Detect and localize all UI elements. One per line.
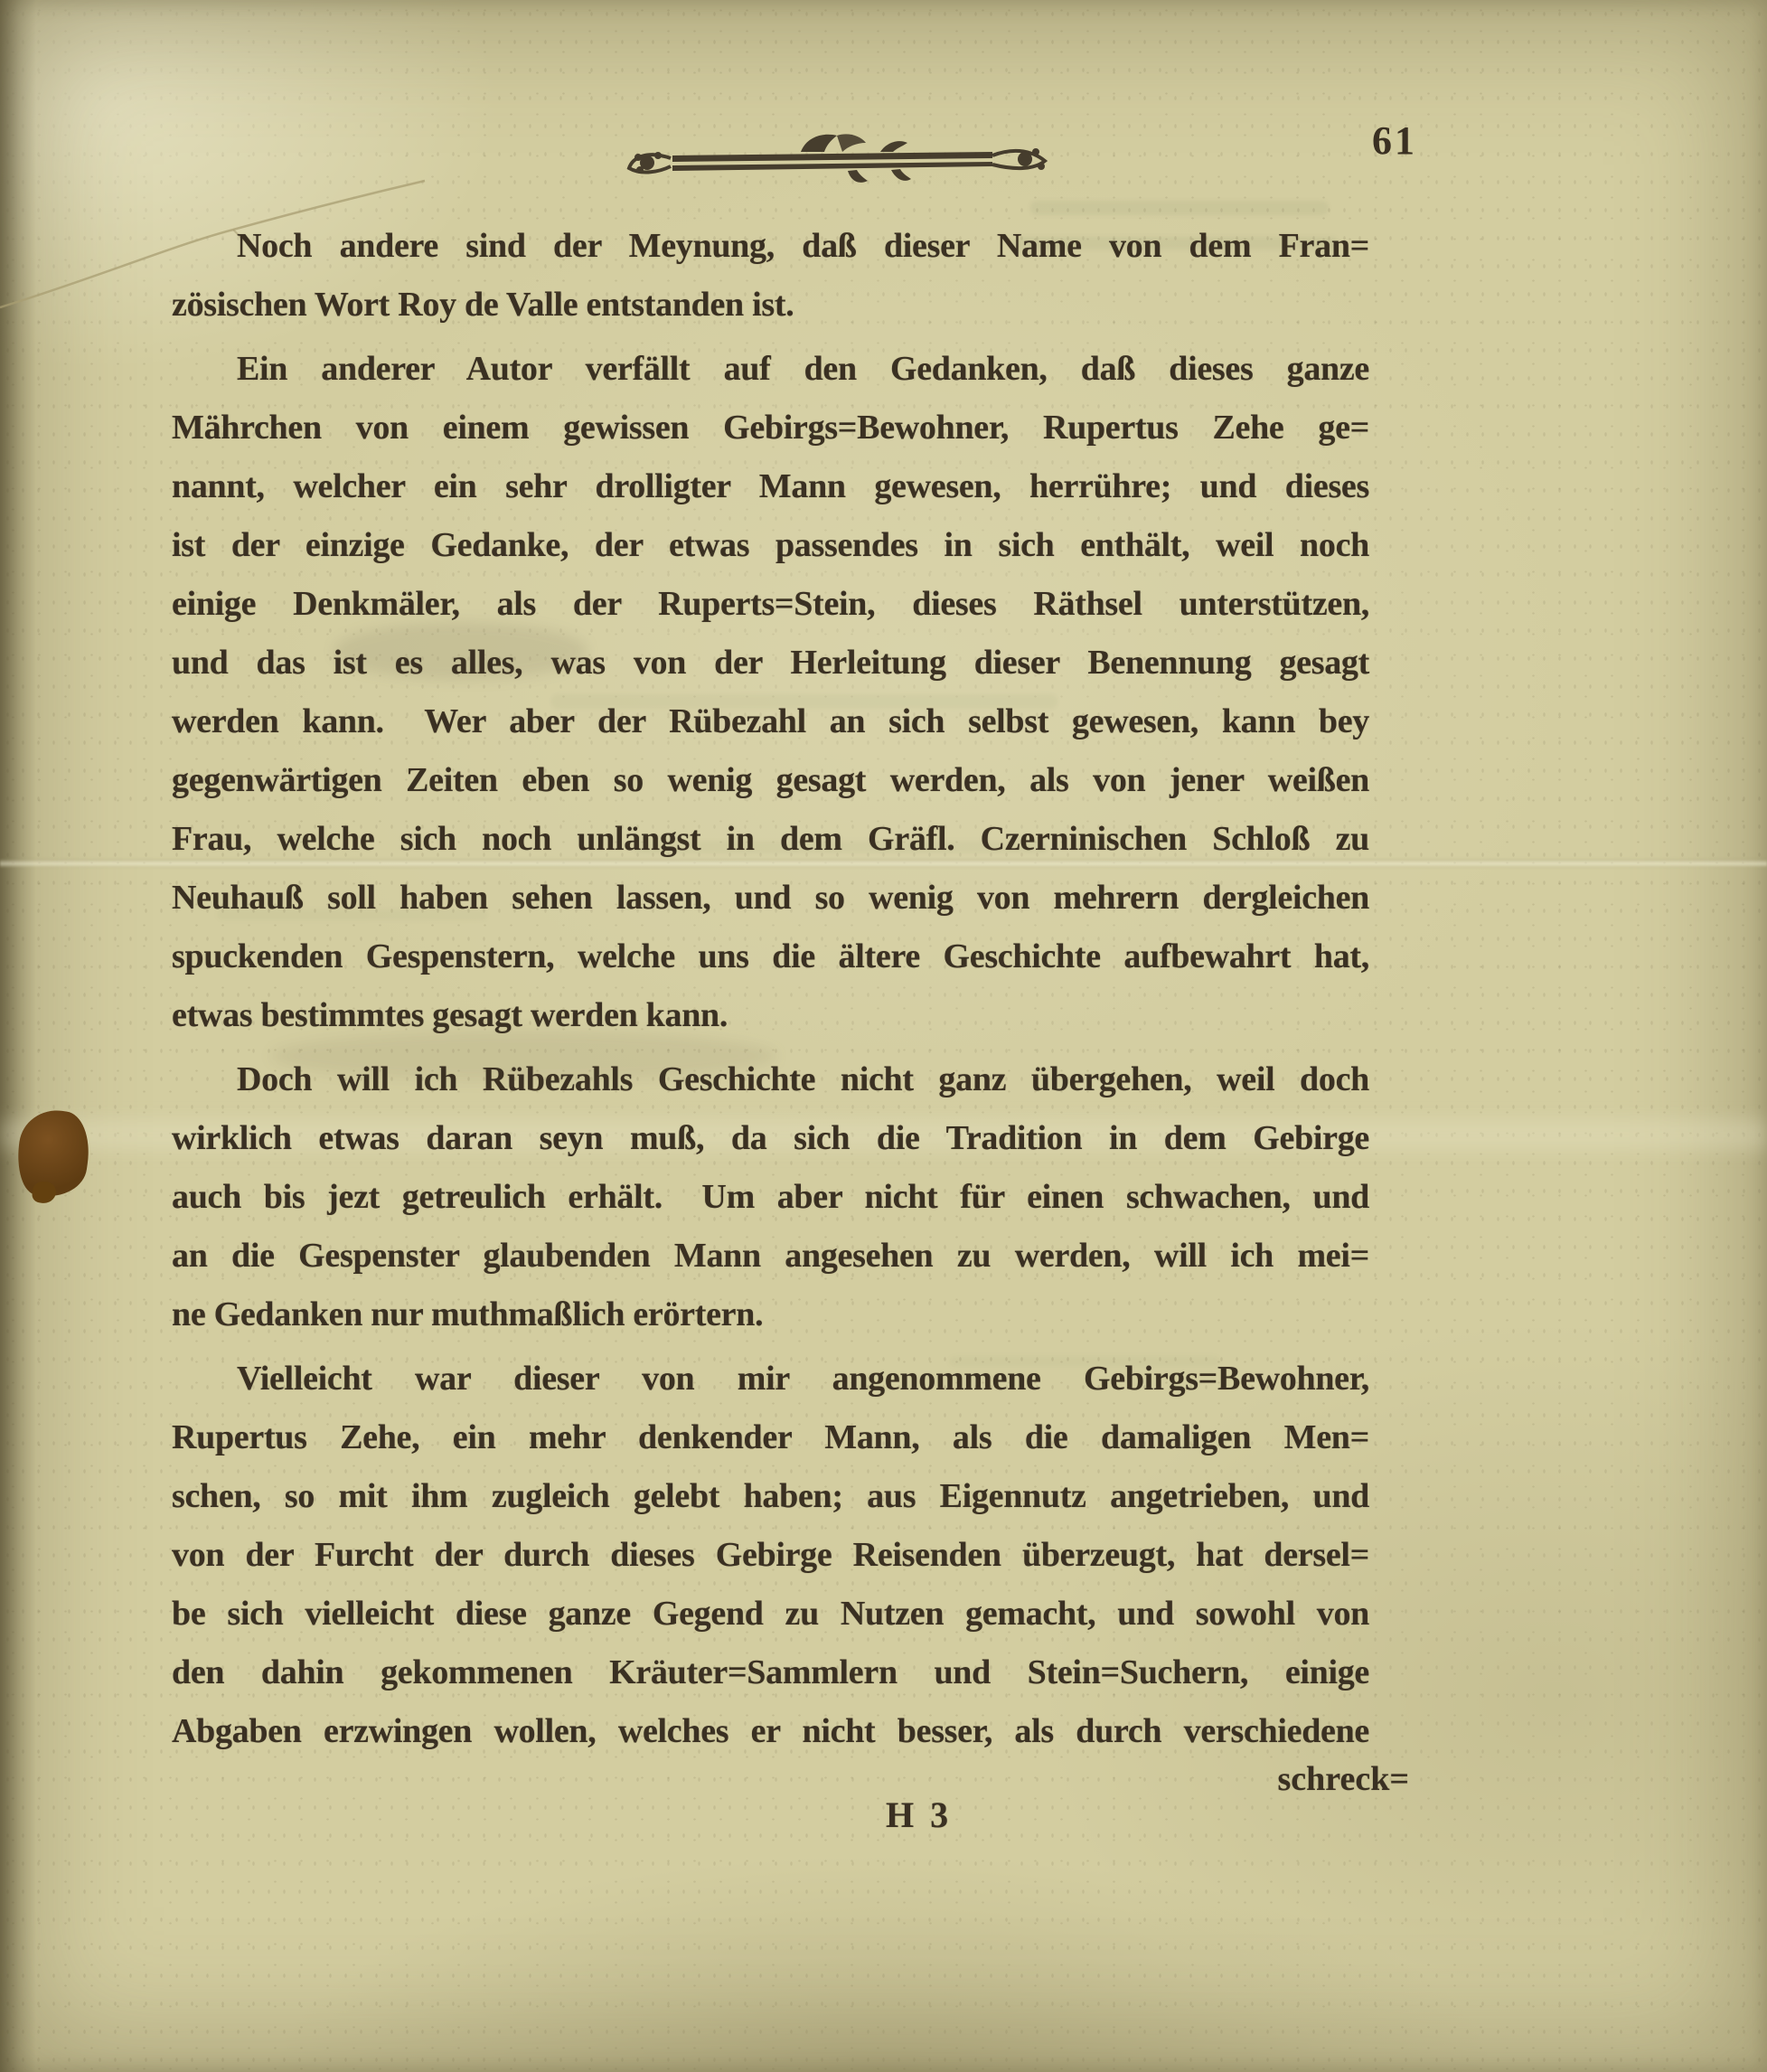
text-line: Noch andere sind der Meynung, daß dieser… [172, 217, 1369, 276]
text-line: wirklich etwas daran seyn muß, da sich d… [172, 1109, 1369, 1168]
text-line: ne Gedanken nur muthmaßlich erörtern. [172, 1286, 1369, 1344]
text-line: von der Furcht der durch dieses Gebirge … [172, 1526, 1369, 1585]
text-line: werden kann. Wer aber der Rübezahl an si… [172, 692, 1369, 751]
catchword: schreck= [1278, 1759, 1410, 1799]
text-line: nannt, welcher ein sehr drolligter Mann … [172, 457, 1369, 516]
text-line: be sich vielleicht diese ganze Gegend zu… [172, 1585, 1369, 1643]
paragraph: Ein anderer Autor verfällt auf den Gedan… [172, 340, 1369, 1045]
paragraph: Doch will ich Rübezahls Geschichte nicht… [172, 1050, 1369, 1344]
binding-shadow [0, 0, 36, 2072]
text-block: Noch andere sind der Meynung, daß dieser… [172, 217, 1369, 1766]
text-line: gegenwärtigen Zeiten eben so wenig gesag… [172, 751, 1369, 810]
text-line: Ein anderer Autor verfällt auf den Gedan… [172, 340, 1369, 399]
text-line: an die Gespenster glaubenden Mann angese… [172, 1227, 1369, 1286]
text-line: Frau, welche sich noch unlängst in dem G… [172, 810, 1369, 869]
text-line: Rupertus Zehe, ein mehr denkender Mann, … [172, 1408, 1369, 1467]
text-line: etwas bestimmtes gesagt werden kann. [172, 986, 1369, 1045]
show-through [1030, 201, 1329, 215]
text-line: und das ist es alles, was von der Herlei… [172, 634, 1369, 692]
text-line: schen, so mit ihm zugleich gelebt haben;… [172, 1467, 1369, 1526]
signature-mark: H 3 [886, 1794, 952, 1836]
text-line: den dahin gekommenen Kräuter=Sammlern un… [172, 1643, 1369, 1702]
text-line: Mährchen von einem gewissen Gebirgs=Bewo… [172, 399, 1369, 457]
text-line: Doch will ich Rübezahls Geschichte nicht… [172, 1050, 1369, 1109]
text-line: zösischen Wort Roy de Valle entstanden i… [172, 276, 1369, 334]
paragraph: Noch andere sind der Meynung, daß dieser… [172, 217, 1369, 334]
text-line: einige Denkmäler, als der Ruperts=Stein,… [172, 575, 1369, 634]
floral-rule-ornament [620, 130, 1054, 188]
text-line: spuckenden Gespenstern, welche uns die ä… [172, 928, 1369, 986]
paragraph: Vielleicht war dieser von mir angenommen… [172, 1350, 1369, 1761]
text-line: Vielleicht war dieser von mir angenommen… [172, 1350, 1369, 1408]
text-line: ist der einzige Gedanke, der etwas passe… [172, 516, 1369, 575]
text-line: auch bis jezt getreulich erhält. Um aber… [172, 1168, 1369, 1227]
text-line: Neuhauß soll haben sehen lassen, und so … [172, 869, 1369, 928]
text-line: Abgaben erzwingen wollen, welches er nic… [172, 1702, 1369, 1761]
page-number: 61 [1372, 118, 1417, 164]
book-page: 61 Noch andere sind der Meynung, daß die… [0, 0, 1767, 2072]
